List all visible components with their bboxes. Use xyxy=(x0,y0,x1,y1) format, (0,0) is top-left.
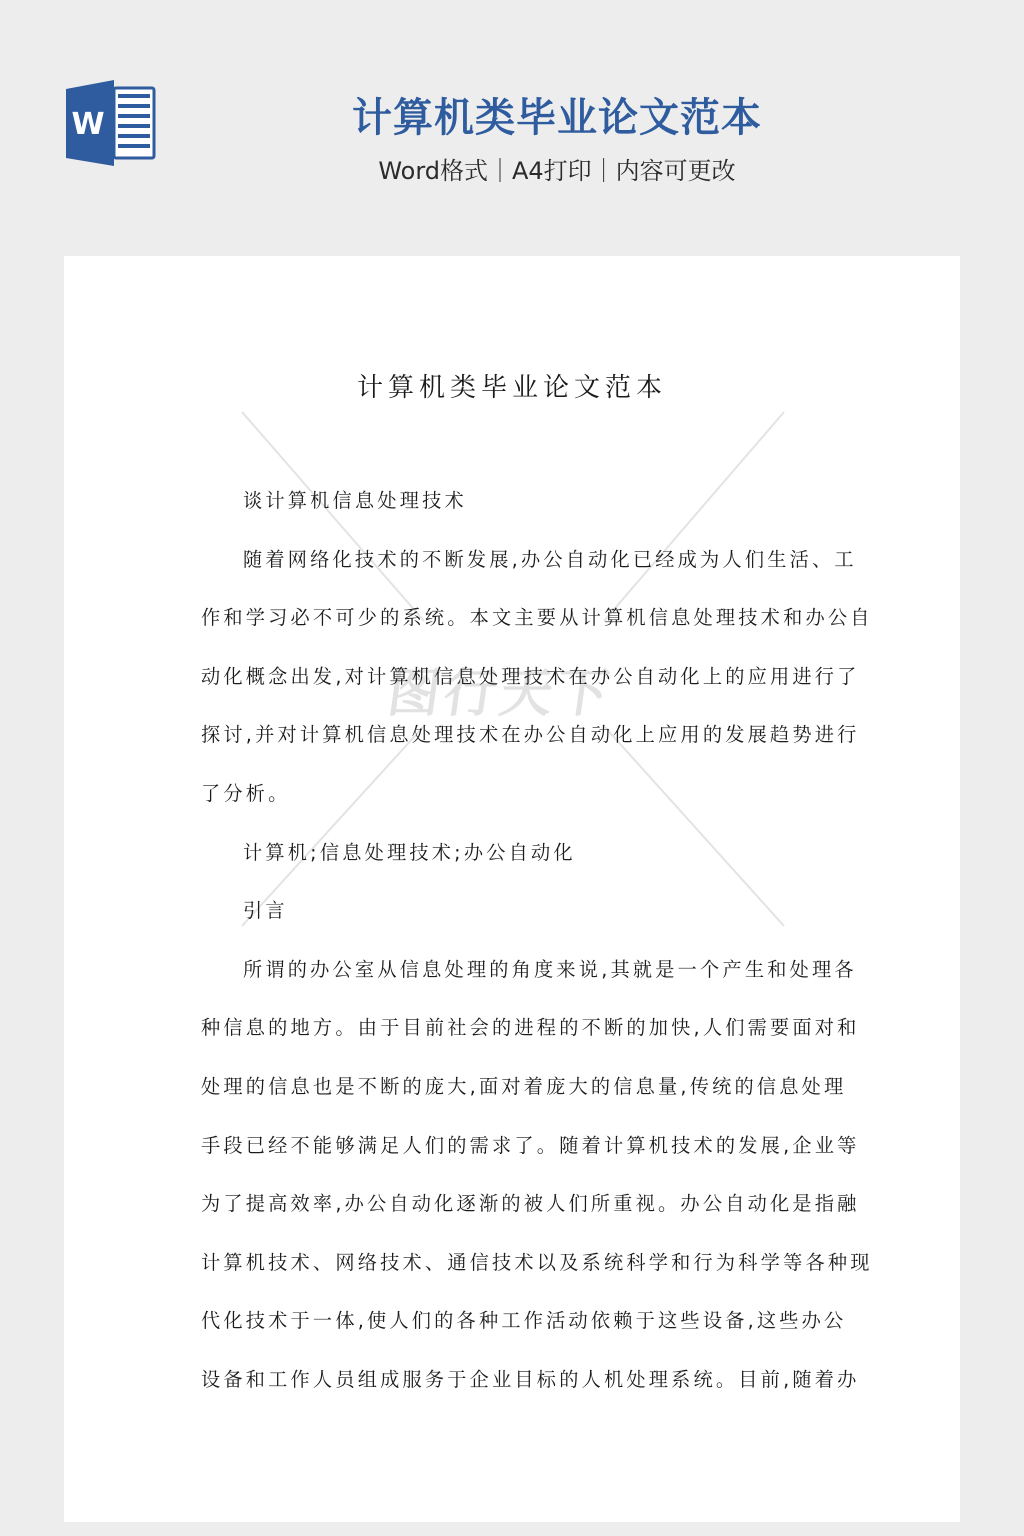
text-line: 随着网络化技术的不断发展,办公自动化已经成为人们生活、工 xyxy=(201,531,827,590)
header-subtitle: Word格式｜A4打印｜内容可更改 xyxy=(300,154,814,188)
document-body: 谈计算机信息处理技术 随着网络化技术的不断发展,办公自动化已经成为人们生活、工 … xyxy=(201,472,827,1410)
text-line: 计算机技术、网络技术、通信技术以及系统科学和行为科学等各种现 xyxy=(201,1234,827,1293)
keywords-line: 计算机;信息处理技术;办公自动化 xyxy=(201,824,827,883)
header-title: 计算机类毕业论文范本 xyxy=(300,92,814,144)
section-heading: 引言 xyxy=(201,882,827,941)
text-line: 探讨,并对计算机信息处理技术在办公自动化上应用的发展趋势进行 xyxy=(201,706,827,765)
text-line: 处理的信息也是不断的庞大,面对着庞大的信息量,传统的信息处理 xyxy=(201,1058,827,1117)
text-line: 手段已经不能够满足人们的需求了。随着计算机技术的发展,企业等 xyxy=(201,1117,827,1176)
svg-text:W: W xyxy=(71,107,104,142)
text-line: 作和学习必不可少的系统。本文主要从计算机信息处理技术和办公自 xyxy=(201,589,827,648)
text-line: 设备和工作人员组成服务于企业目标的人机处理系统。目前,随着办 xyxy=(201,1351,827,1410)
text-line: 了分析。 xyxy=(201,765,827,824)
text-line: 种信息的地方。由于目前社会的进程的不断的加快,人们需要面对和 xyxy=(201,999,827,1058)
text-line: 动化概念出发,对计算机信息处理技术在办公自动化上的应用进行了 xyxy=(201,648,827,707)
text-line: 代化技术于一体,使人们的各种工作活动依赖于这些设备,这些办公 xyxy=(201,1292,827,1351)
document-preview: W 计算机类毕业论文范本 Word格式｜A4打印｜内容可更改 图行天下 计算机类… xyxy=(0,0,1024,1536)
document-page: 图行天下 计算机类毕业论文范本 谈计算机信息处理技术 随着网络化技术的不断发展,… xyxy=(64,256,960,1522)
text-line: 所谓的办公室从信息处理的角度来说,其就是一个产生和处理各 xyxy=(201,941,827,1000)
word-icon: W xyxy=(64,80,158,166)
paragraph-heading: 谈计算机信息处理技术 xyxy=(201,472,827,531)
document-title: 计算机类毕业论文范本 xyxy=(64,368,960,408)
text-line: 为了提高效率,办公自动化逐渐的被人们所重视。办公自动化是指融 xyxy=(201,1175,827,1234)
